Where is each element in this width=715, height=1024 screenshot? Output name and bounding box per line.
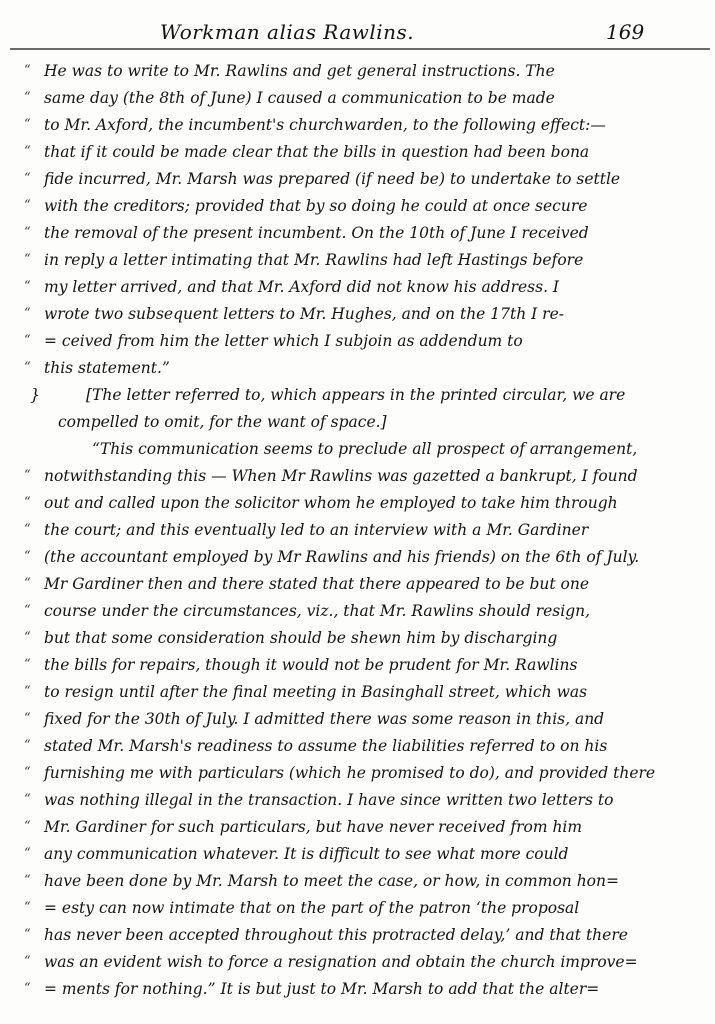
quote-mark: “: [24, 598, 40, 624]
text-line: “the court; and this eventually led to a…: [0, 517, 715, 543]
quote-mark: “: [24, 490, 40, 516]
text-line: “but that some consideration should be s…: [0, 625, 715, 651]
line-text: [The letter referred to, which appears i…: [86, 382, 625, 408]
text-line: “the removal of the present incumbent. O…: [0, 220, 715, 246]
line-text: notwithstanding this — When Mr Rawlins w…: [44, 463, 638, 489]
text-line: “my letter arrived, and that Mr. Axford …: [0, 274, 715, 300]
text-line: “Mr. Gardiner for such particulars, but …: [0, 814, 715, 840]
text-line: “with the creditors; provided that by so…: [0, 193, 715, 219]
quote-mark: “: [24, 328, 40, 354]
quote-mark: “: [24, 301, 40, 327]
text-line: “(the accountant employed by Mr Rawlins …: [0, 544, 715, 570]
editorial-note-line: }[The letter referred to, which appears …: [0, 382, 715, 408]
text-line: “that if it could be made clear that the…: [0, 139, 715, 165]
text-line: “fixed for the 30th of July. I admitted …: [0, 706, 715, 732]
line-text: in reply a letter intimating that Mr. Ra…: [44, 247, 583, 273]
line-text: fixed for the 30th of July. I admitted t…: [44, 706, 604, 732]
text-line: “= ceived from him the letter which I su…: [0, 328, 715, 354]
line-text: course under the circumstances, viz., th…: [44, 598, 590, 624]
line-text: “This communication seems to preclude al…: [92, 436, 637, 462]
text-line: “has never been accepted throughout this…: [0, 922, 715, 948]
quote-mark: “: [24, 166, 40, 192]
text-line: “stated Mr. Marsh's readiness to assume …: [0, 733, 715, 759]
line-text: = esty can now intimate that on the part…: [44, 895, 579, 921]
line-text: stated Mr. Marsh's readiness to assume t…: [44, 733, 607, 759]
line-text: to Mr. Axford, the incumbent's churchwar…: [44, 112, 606, 138]
line-text: the removal of the present incumbent. On…: [44, 220, 589, 246]
line-text: He was to write to Mr. Rawlins and get g…: [44, 58, 555, 84]
manuscript-page: Workman alias Rawlins. 169 “He was to wr…: [0, 0, 715, 1024]
quote-mark: “: [24, 112, 40, 138]
quote-mark: “: [24, 463, 40, 489]
line-text: Mr. Gardiner for such particulars, but h…: [44, 814, 582, 840]
line-text: out and called upon the solicitor whom h…: [44, 490, 618, 516]
text-line: “notwithstanding this — When Mr Rawlins …: [0, 463, 715, 489]
text-line: “was an evident wish to force a resignat…: [0, 949, 715, 975]
line-text: the court; and this eventually led to an…: [44, 517, 588, 543]
quote-mark: “: [24, 139, 40, 165]
page-number: 169: [606, 20, 644, 44]
quote-mark: “: [24, 544, 40, 570]
quote-mark: “: [24, 193, 40, 219]
quote-mark: “: [24, 787, 40, 813]
quote-mark: “: [24, 652, 40, 678]
quote-mark: “: [24, 247, 40, 273]
line-text: but that some consideration should be sh…: [44, 625, 557, 651]
line-text: Mr Gardiner then and there stated that t…: [44, 571, 589, 597]
quote-mark: “: [24, 841, 40, 867]
quote-mark: “: [24, 976, 40, 1002]
text-line: “= esty can now intimate that on the par…: [0, 895, 715, 921]
text-line: “to resign until after the final meeting…: [0, 679, 715, 705]
line-text: (the accountant employed by Mr Rawlins a…: [44, 544, 639, 570]
line-text: has never been accepted throughout this …: [44, 922, 628, 948]
quote-mark: “: [24, 760, 40, 786]
quote-mark: “: [24, 679, 40, 705]
page-title: Workman alias Rawlins.: [160, 20, 414, 44]
quote-mark: “: [24, 922, 40, 948]
quote-mark: “: [24, 625, 40, 651]
quote-mark: “: [24, 85, 40, 111]
quote-mark: “: [24, 706, 40, 732]
text-line: “Mr Gardiner then and there stated that …: [0, 571, 715, 597]
editorial-note-line: compelled to omit, for the want of space…: [0, 409, 715, 435]
text-line: “to Mr. Axford, the incumbent's churchwa…: [0, 112, 715, 138]
text-line: “have been done by Mr. Marsh to meet the…: [0, 868, 715, 894]
line-text: that if it could be made clear that the …: [44, 139, 589, 165]
page-header: Workman alias Rawlins. 169: [0, 18, 715, 48]
text-line: “He was to write to Mr. Rawlins and get …: [0, 58, 715, 84]
quote-mark: “: [24, 274, 40, 300]
line-text: was nothing illegal in the transaction. …: [44, 787, 613, 813]
line-text: my letter arrived, and that Mr. Axford d…: [44, 274, 559, 300]
quote-mark: “: [24, 58, 40, 84]
quote-mark: “: [24, 733, 40, 759]
quote-mark: “: [24, 895, 40, 921]
text-line: “any communication whatever. It is diffi…: [0, 841, 715, 867]
line-text: = ments for nothing.” It is but just to …: [44, 976, 599, 1002]
text-line: “was nothing illegal in the transaction.…: [0, 787, 715, 813]
line-text: compelled to omit, for the want of space…: [58, 409, 387, 435]
line-text: fide incurred, Mr. Marsh was prepared (i…: [44, 166, 620, 192]
line-text: wrote two subsequent letters to Mr. Hugh…: [44, 301, 564, 327]
text-line: “fide incurred, Mr. Marsh was prepared (…: [0, 166, 715, 192]
text-line: “the bills for repairs, though it would …: [0, 652, 715, 678]
line-text: furnishing me with particulars (which he…: [44, 760, 655, 786]
text-line: “wrote two subsequent letters to Mr. Hug…: [0, 301, 715, 327]
line-text: have been done by Mr. Marsh to meet the …: [44, 868, 619, 894]
line-text: this statement.”: [44, 355, 170, 381]
text-line: “out and called upon the solicitor whom …: [0, 490, 715, 516]
text-line: “same day (the 8th of June) I caused a c…: [0, 85, 715, 111]
brace-mark: }: [30, 382, 40, 408]
line-text: = ceived from him the letter which I sub…: [44, 328, 523, 354]
line-text: was an evident wish to force a resignati…: [44, 949, 638, 975]
line-text: the bills for repairs, though it would n…: [44, 652, 577, 678]
header-rule: [10, 48, 710, 50]
text-line: “this statement.”: [0, 355, 715, 381]
text-line: “= ments for nothing.” It is but just to…: [0, 976, 715, 1002]
quote-mark: “: [24, 814, 40, 840]
quote-mark: “: [24, 949, 40, 975]
line-text: to resign until after the final meeting …: [44, 679, 587, 705]
quote-mark: “: [24, 868, 40, 894]
line-text: with the creditors; provided that by so …: [44, 193, 587, 219]
text-line: “in reply a letter intimating that Mr. R…: [0, 247, 715, 273]
quote-mark: “: [24, 517, 40, 543]
text-line: “furnishing me with particulars (which h…: [0, 760, 715, 786]
line-text: same day (the 8th of June) I caused a co…: [44, 85, 555, 111]
quote-mark: “: [24, 571, 40, 597]
text-line: “This communication seems to preclude al…: [0, 436, 715, 462]
quote-mark: “: [24, 355, 40, 381]
text-line: “course under the circumstances, viz., t…: [0, 598, 715, 624]
line-text: any communication whatever. It is diffic…: [44, 841, 568, 867]
quote-mark: “: [24, 220, 40, 246]
